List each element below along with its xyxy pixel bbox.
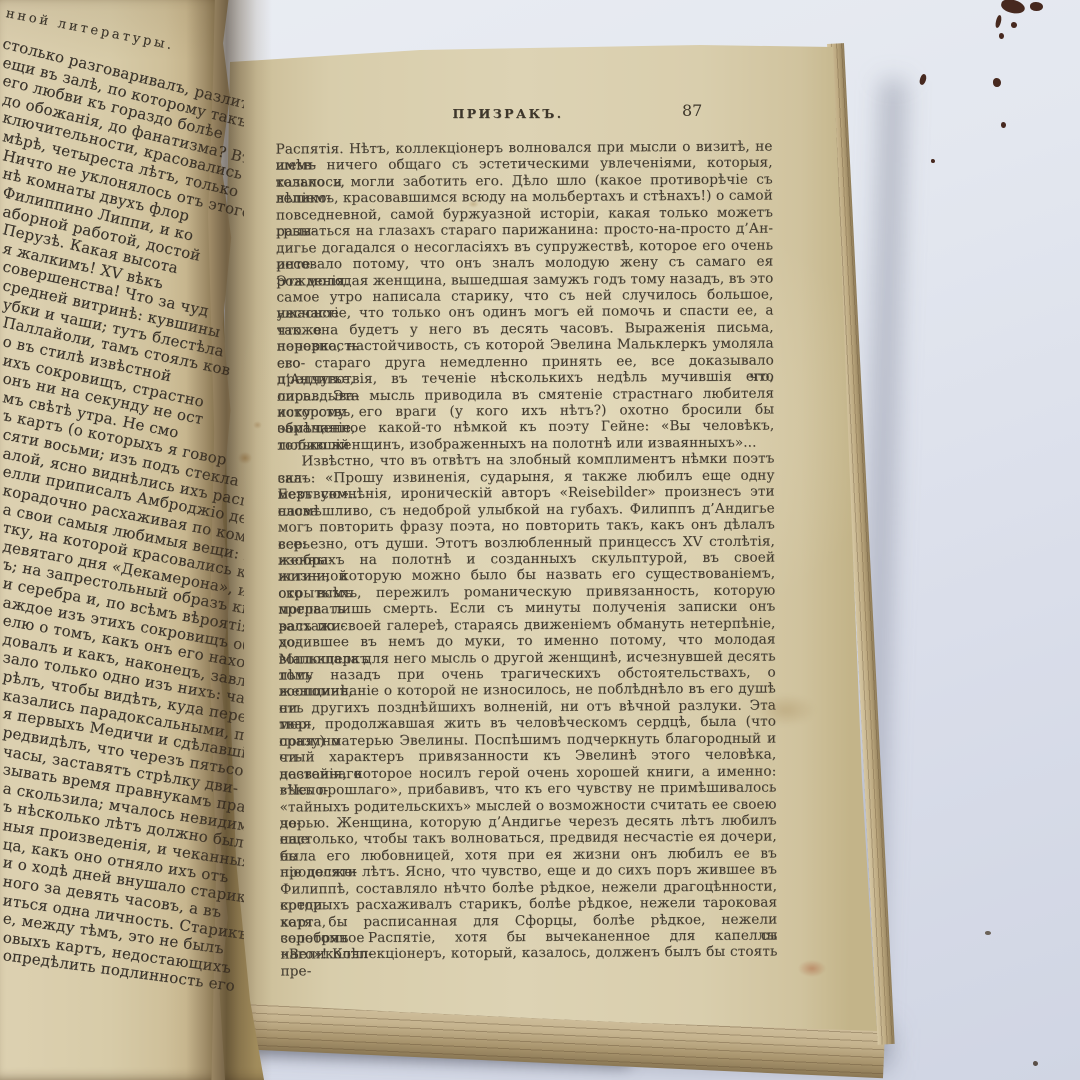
text-line: наго»! Коллекціонеръ, который, казалось,… — [280, 944, 777, 963]
debris-speck — [1033, 1061, 1038, 1066]
debris-speck — [1011, 22, 1017, 28]
paragraph: Извѣстно, что въ отвѣтъ на злобный компл… — [277, 451, 777, 964]
debris-speck — [985, 931, 991, 935]
debris-speck — [993, 78, 1001, 87]
debris-speck — [918, 73, 927, 85]
debris-speck — [1000, 0, 1026, 15]
page-number: 87 — [682, 101, 702, 120]
paragraph: Распятія. Нѣтъ, коллекціонеръ волновался… — [275, 138, 774, 453]
debris-speck — [1001, 122, 1006, 128]
book-photo: ПРИЗРАКЪ. 87 Распятія. Нѣтъ, коллекціоне… — [0, 0, 1080, 1080]
right-page-text: Распятія. Нѣтъ, коллекціонеръ волновался… — [275, 138, 777, 963]
debris-speck — [931, 159, 935, 163]
left-page-text: нной литературы. столько разговаривалъ, … — [0, 0, 244, 1080]
debris-speck — [1030, 2, 1043, 11]
right-page-header: ПРИЗРАКЪ. 87 — [278, 106, 775, 128]
running-title: ПРИЗРАКЪ. — [453, 106, 564, 121]
debris-speck — [995, 15, 1003, 29]
debris-speck — [999, 33, 1004, 39]
